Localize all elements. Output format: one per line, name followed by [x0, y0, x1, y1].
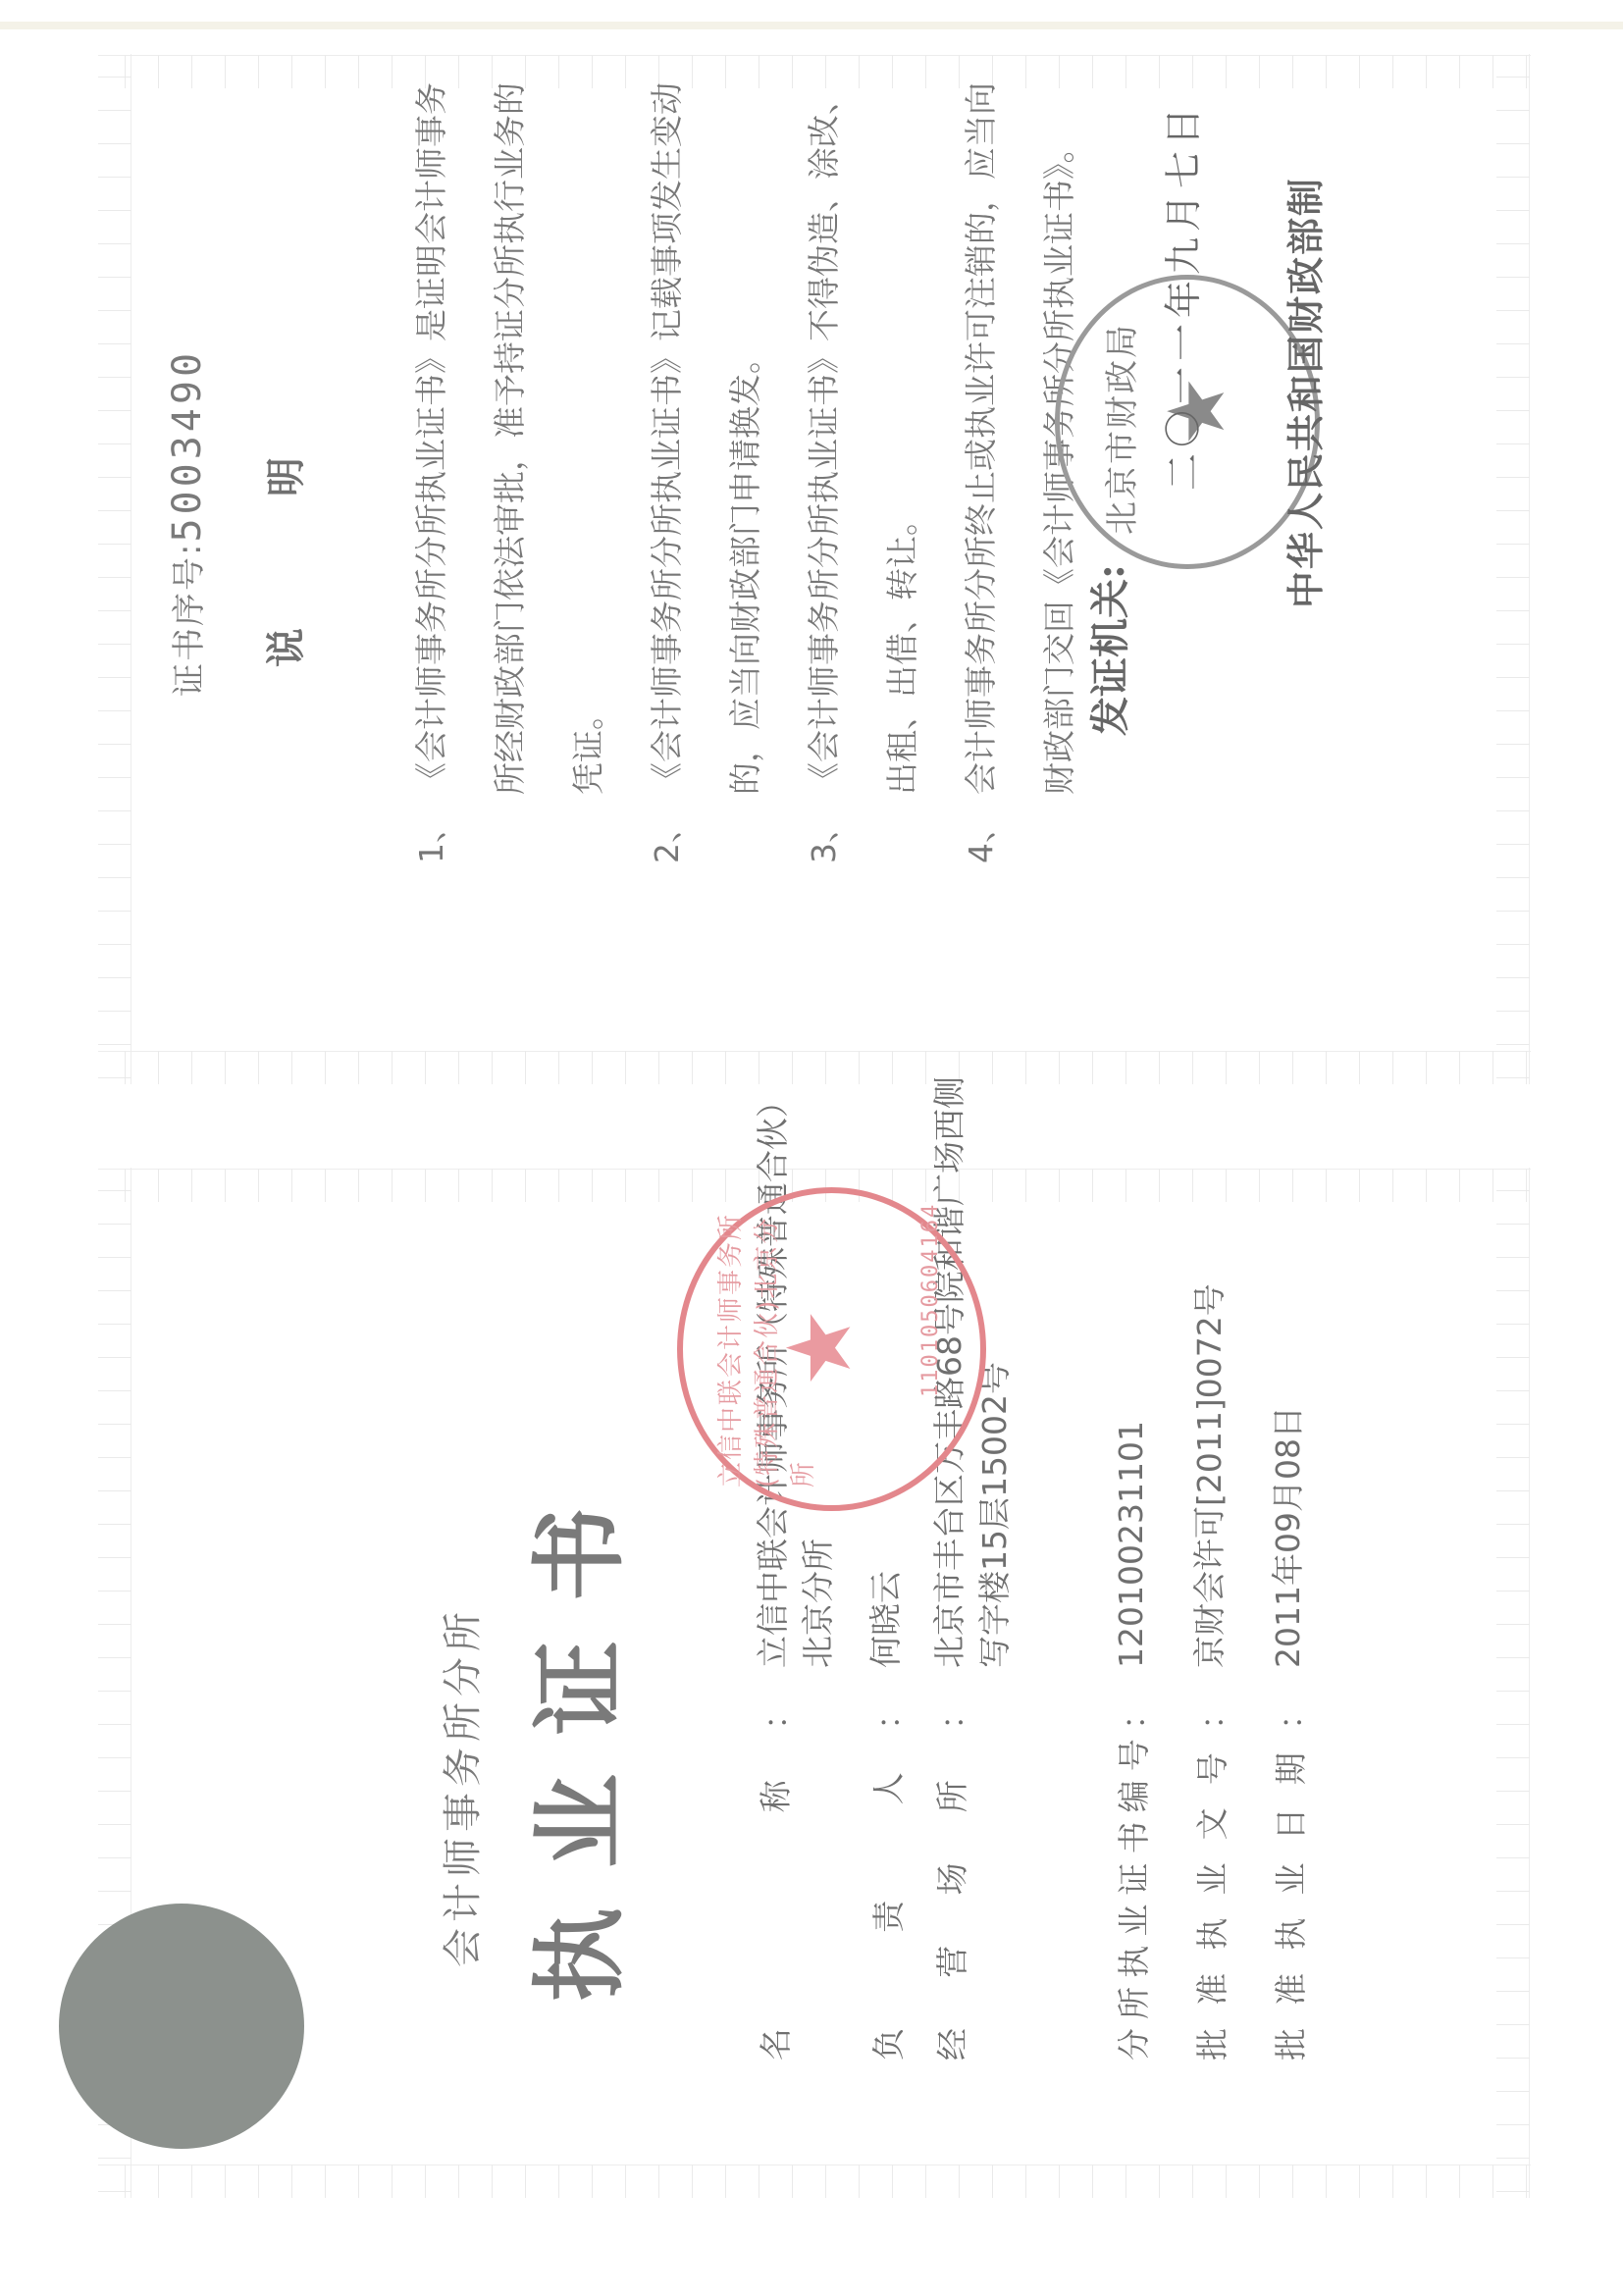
- field-label: 负 责 人：: [864, 1668, 910, 2061]
- scanned-certificate-page: 证书序号:5003490 说 明 1、 《会计师事务所分所执业证书》是证明会计师…: [0, 0, 1623, 2296]
- note-item: 2、 《会计师事务所分所执业证书》记载事项发生变动的，应当向财政部门申请换发。: [628, 59, 785, 863]
- field-approval-document-number: 批准执业文号： 京财会许可[2011]0072号: [1187, 1060, 1233, 2061]
- field-label: 批准执业文号：: [1187, 1668, 1233, 2061]
- field-value: 京财会许可[2011]0072号: [1187, 1060, 1233, 1668]
- issuer-seal-text: 北京市财政局: [1095, 323, 1143, 535]
- note-number: 1、: [393, 795, 628, 863]
- serial-label: 证书序号:: [170, 543, 209, 697]
- notes-border-top: [98, 54, 131, 1084]
- firm-seal-code: 1101050604164: [918, 1203, 943, 1397]
- field-label: 经营场所：: [927, 1668, 1018, 2061]
- field-approval-date: 批准执业日期： 2011年09月08日: [1266, 1060, 1312, 2061]
- notes-list: 1、 《会计师事务所分所执业证书》是证明会计师事务所经财政部门依法审批，准予持证…: [393, 59, 1099, 863]
- certificate-subtitle: 会计师事务所分所: [432, 1606, 488, 1967]
- certificate-title: 执业证书: [505, 1468, 640, 2002]
- serial-number: 5003490: [165, 349, 210, 543]
- field-label: 批准执业日期：: [1266, 1668, 1312, 2061]
- field-branch-license-number: 分所执业证书编号： 120100231101: [1109, 1060, 1155, 2061]
- certificate-serial: 证书序号:5003490: [162, 349, 210, 697]
- cert-border-left: [98, 2165, 1531, 2198]
- field-value: 2011年09月08日: [1266, 1060, 1312, 1668]
- field-label: 分所执业证书编号：: [1109, 1668, 1155, 2061]
- issuer-organization: 中华人民共和国财政部制: [1276, 177, 1330, 608]
- note-number: 3、: [785, 795, 942, 863]
- firm-seal: 立信中联会计师事务所(特殊普通合伙)北京分所 ★ 1101050604164: [677, 1187, 986, 1511]
- issue-date: 二〇一一年九月七日: [1153, 102, 1207, 491]
- note-number: 4、: [942, 795, 1099, 863]
- issuer-label: 发证机关:: [1079, 564, 1135, 736]
- field-value: 120100231101: [1109, 1060, 1155, 1668]
- notes-title: 说 明: [255, 398, 311, 667]
- note-text: 《会计师事务所分所执业证书》是证明会计师事务所经财政部门依法审批，准予持证分所执…: [393, 59, 628, 795]
- field-label: 名 称：: [751, 1668, 841, 2061]
- note-item: 3、 《会计师事务所分所执业证书》不得伪造、涂改、出租、出借、转让。: [785, 59, 942, 863]
- national-emblem-icon: [59, 1904, 304, 2149]
- notes-border-bottom: [1496, 54, 1530, 1084]
- scan-edge-stripe: [0, 22, 1623, 29]
- cert-border-bottom: [1496, 1168, 1530, 2198]
- note-text: 《会计师事务所分所执业证书》记载事项发生变动的，应当向财政部门申请换发。: [628, 59, 785, 795]
- note-text: 《会计师事务所分所执业证书》不得伪造、涂改、出租、出借、转让。: [785, 59, 942, 795]
- note-number: 2、: [628, 795, 785, 863]
- star-icon: ★: [776, 1308, 864, 1387]
- note-item: 1、 《会计师事务所分所执业证书》是证明会计师事务所经财政部门依法审批，准予持证…: [393, 59, 628, 863]
